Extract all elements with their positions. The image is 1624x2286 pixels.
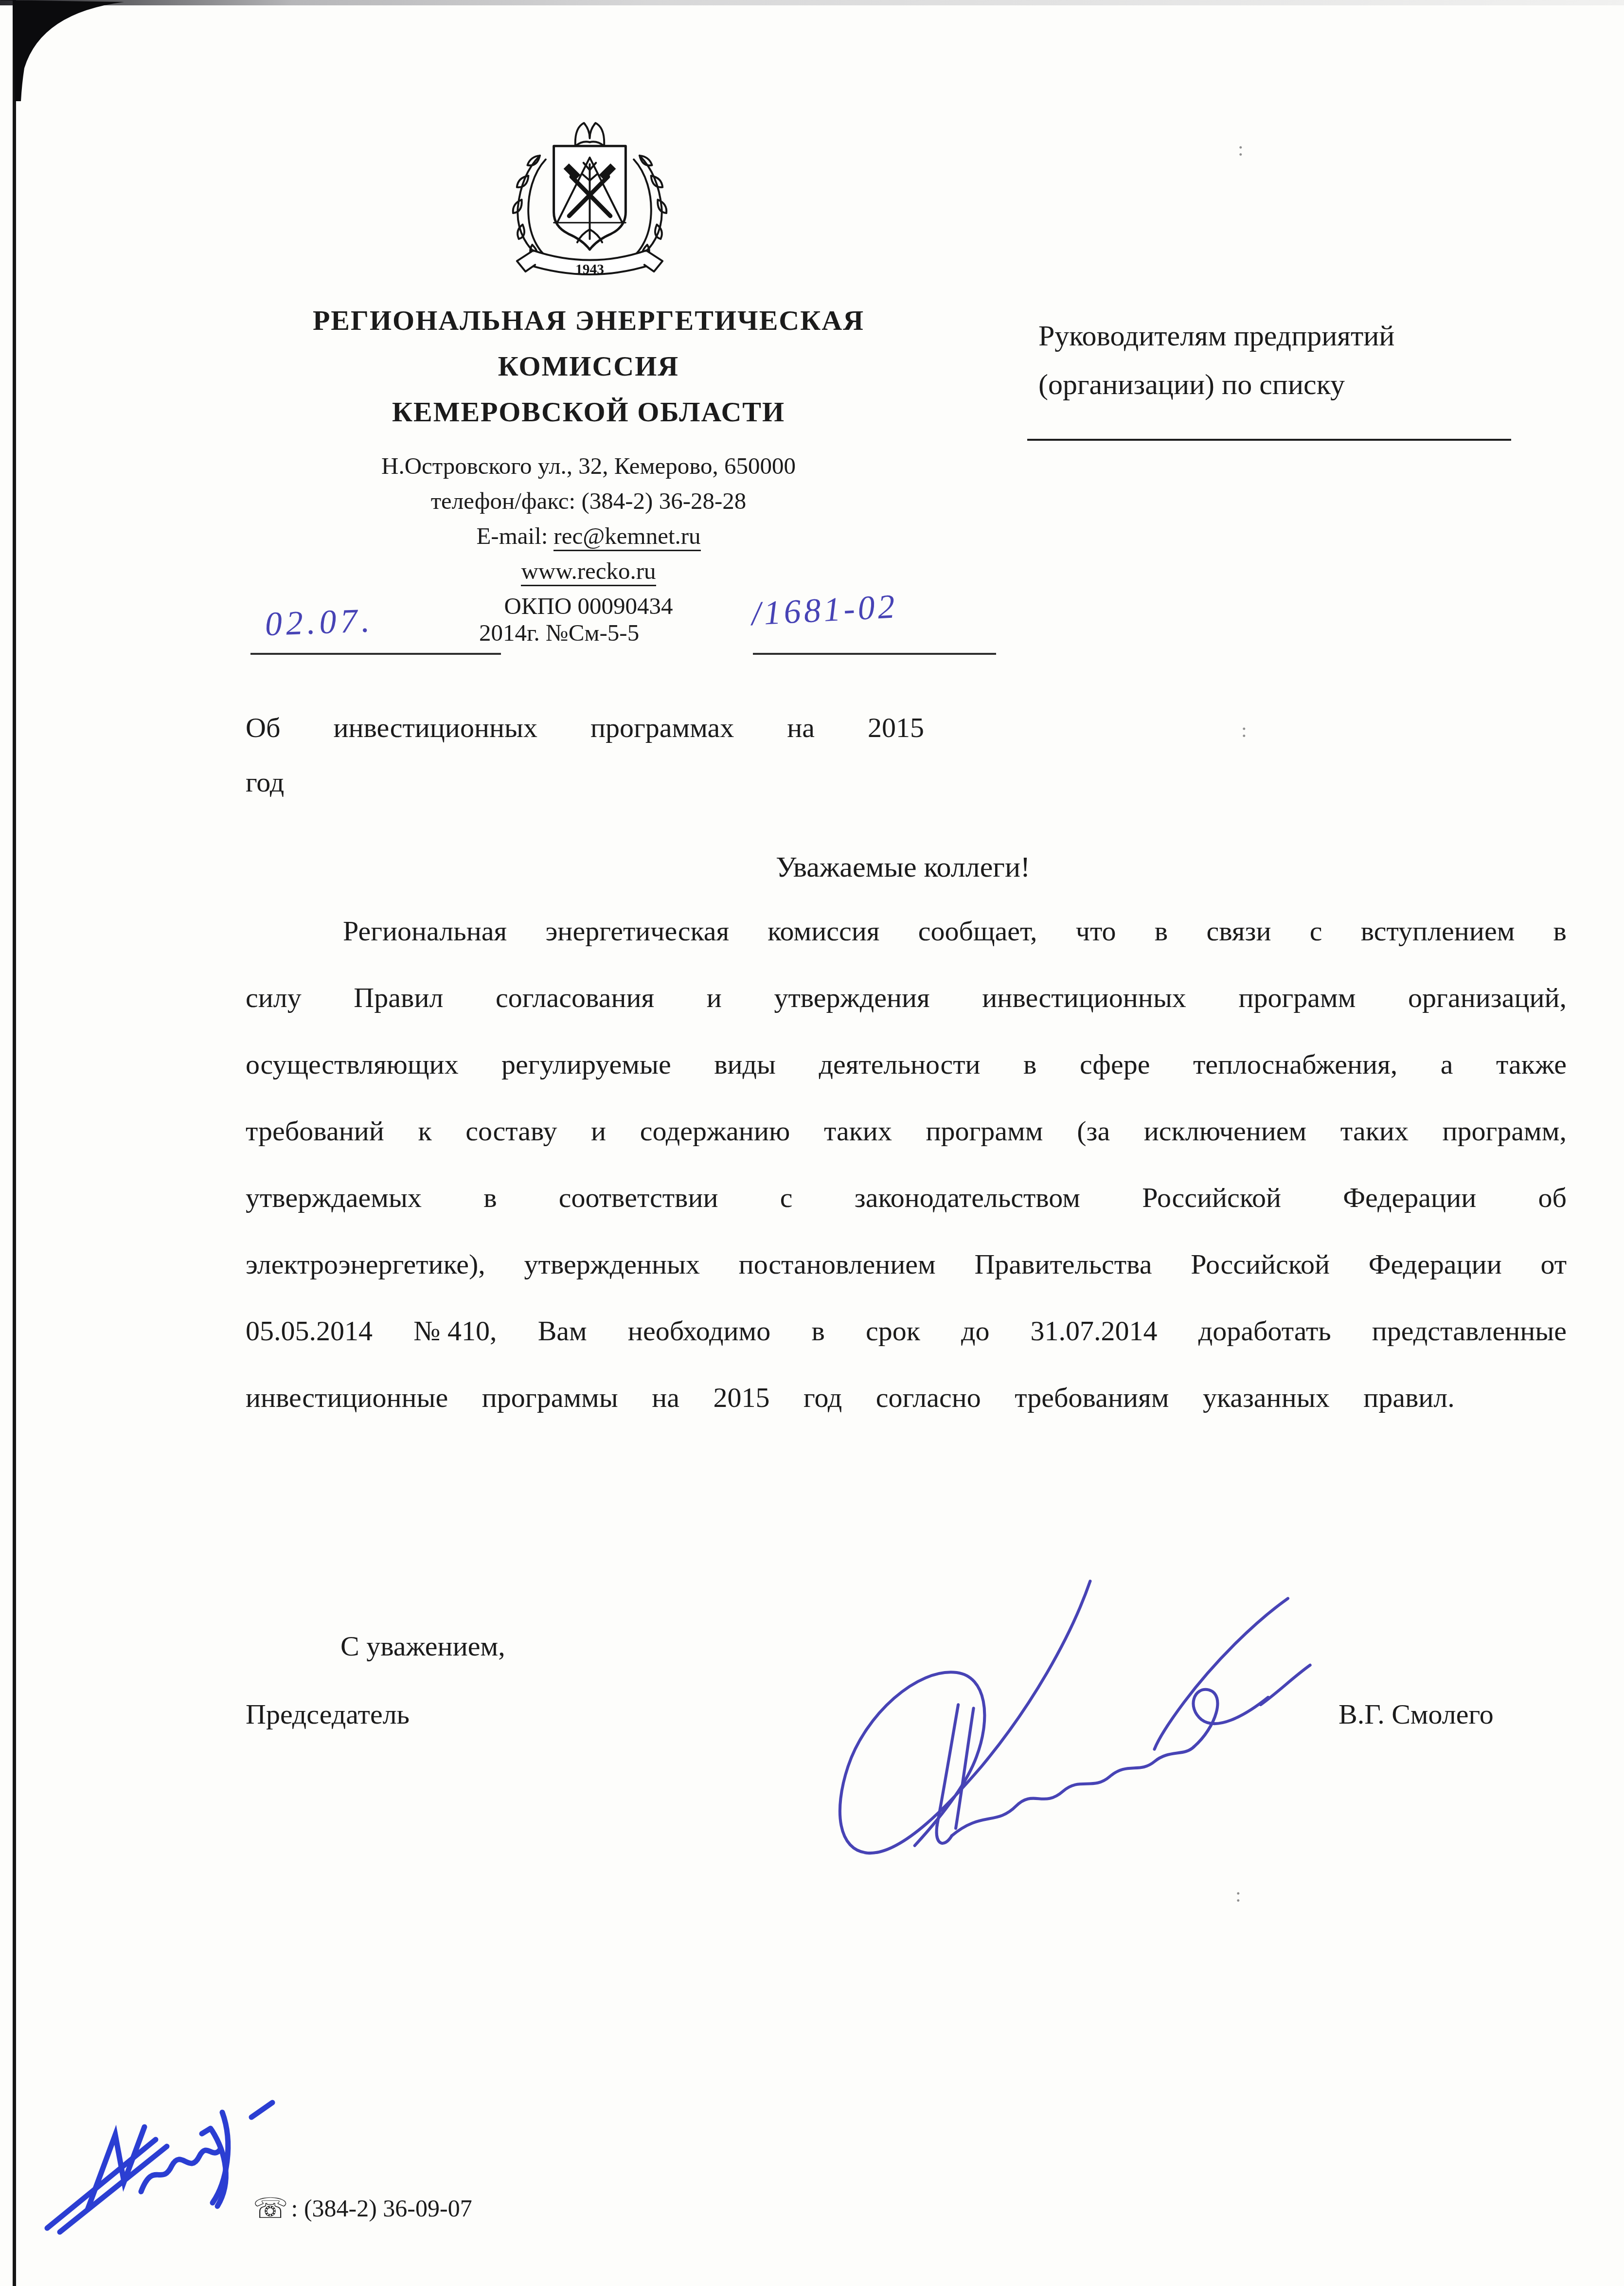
scan-edge-top [0,0,1624,5]
website-address: www.recko.ru [521,558,656,586]
org-name-block: РЕГИОНАЛЬНАЯ ЭНЕРГЕТИЧЕСКАЯ КОМИССИЯ КЕМ… [209,298,968,435]
website-line: www.recko.ru [209,554,968,589]
telephone-icon: ☏ [253,2192,288,2225]
ref-underline [753,653,996,655]
handwritten-ref-number: /1681-02 [750,587,899,634]
scan-edge-left [13,0,16,2286]
subject-block: Об инвестиционных программах на 2015 год [246,701,924,810]
scanned-letter-page: : : : [0,0,1624,2286]
footer-phone-line: ☏ : (384-2) 36-09-07 [253,2192,472,2225]
org-name-line: КЕМЕРОВСКОЙ ОБЛАСТИ [209,389,968,435]
recipient-block: Руководителям предприятий (организации) … [1038,311,1554,409]
email-address: rec@kemnet.ru [553,522,700,551]
subject-line: Об инвестиционных программах на 2015 [246,701,924,755]
ref-number-typed: 2014г. №См-5-5 [479,619,639,647]
postal-address: Н.Островского ул., 32, Кемерово, 650000 [209,449,968,484]
email-line: E-mail:rec@kemnet.ru [209,519,968,554]
scan-artifact-colon: : [1241,719,1247,742]
ink-scribble-initials [39,2082,287,2238]
recipient-line: (организации) по списку [1038,360,1554,409]
salutation: Уважаемые коллеги! [776,850,1030,884]
phone-fax-line: телефон/факс: (384-2) 36-28-28 [209,484,968,519]
date-underline [250,653,501,655]
signer-title: Председатель [246,1698,410,1730]
recipient-line: Руководителям предприятий [1038,311,1554,360]
scan-corner-blot [0,0,156,107]
coat-of-arms-kemerovo-icon: 1943 [499,118,681,279]
org-name-line: РЕГИОНАЛЬНАЯ ЭНЕРГЕТИЧЕСКАЯ [209,298,968,343]
signer-name: В.Г. Смолего [1338,1698,1494,1730]
closing-phrase: С уважением, [340,1630,505,1662]
scan-artifact-colon: : [1238,138,1244,161]
body-paragraph: Региональная энергетическая комиссия соо… [246,898,1567,1431]
subject-line: год [246,755,924,810]
email-label: E-mail: [476,522,548,549]
org-name-line: КОМИССИЯ [209,343,968,389]
footer-phone-number: : (384-2) 36-09-07 [291,2194,472,2222]
pen-signature [773,1579,1318,1885]
emblem-year-label: 1943 [575,262,604,277]
scan-artifact-colon: : [1235,1884,1241,1907]
handwritten-date: 02.07. [265,601,375,644]
recipient-underline [1027,439,1511,441]
